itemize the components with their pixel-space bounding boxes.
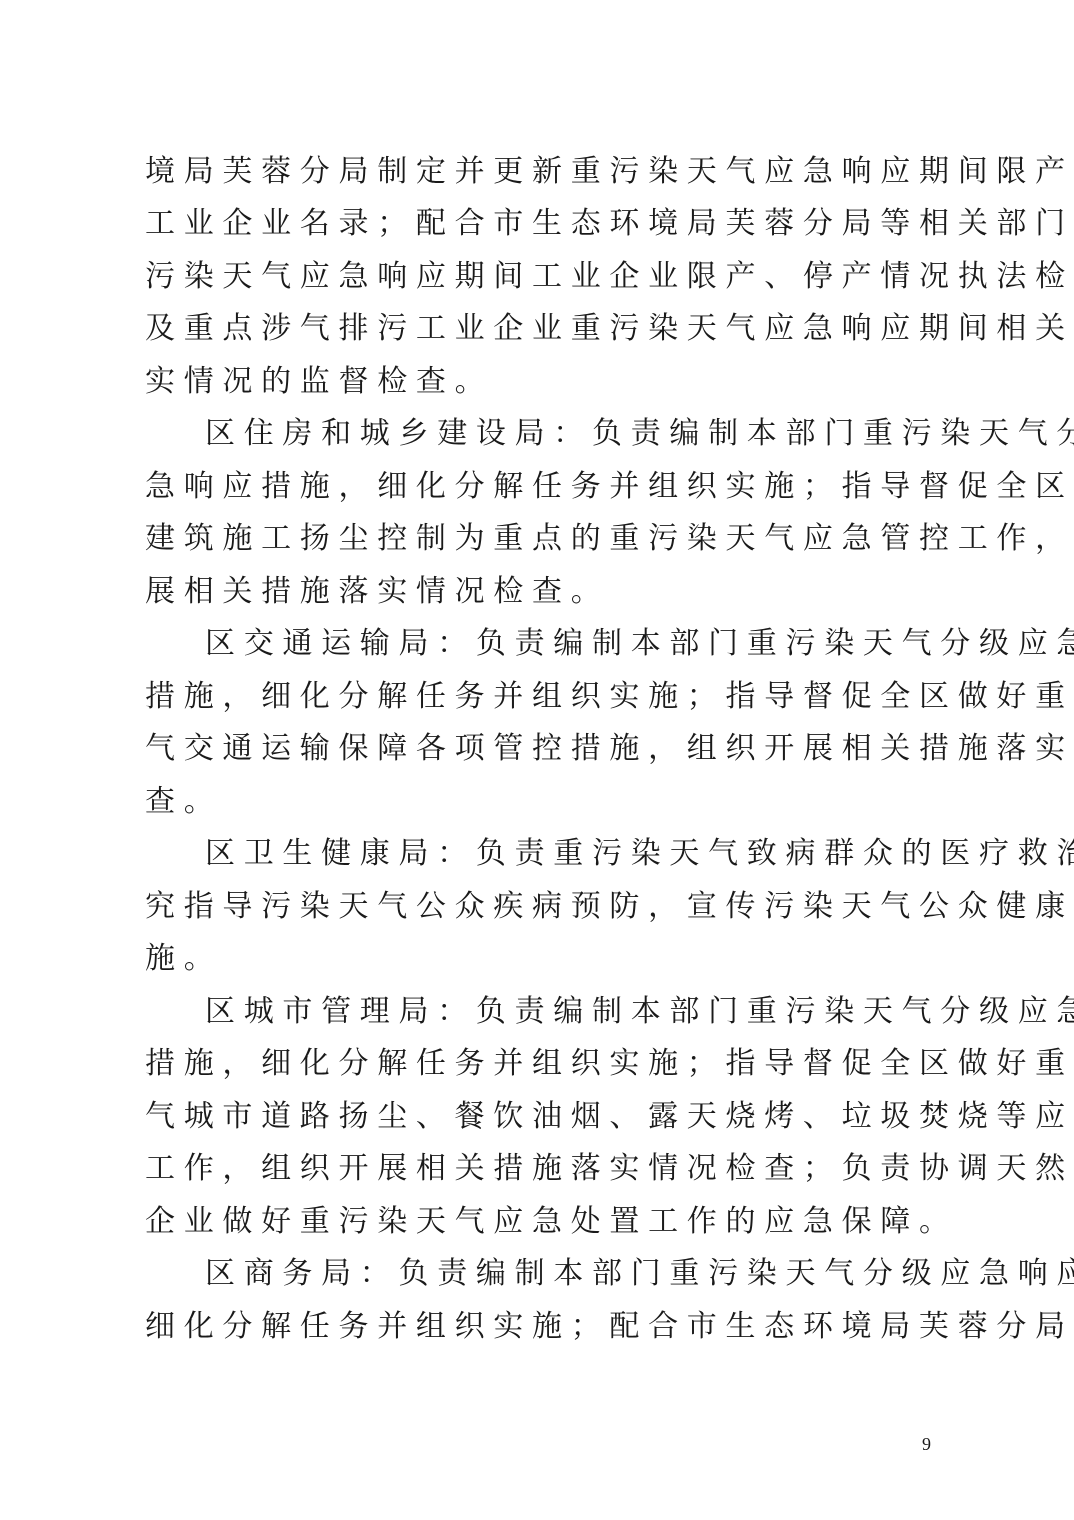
paragraph-line: 究指导污染天气公众疾病预防，宣传污染天气公众健康防护措 (145, 887, 945, 927)
paragraph-line: 工作，组织开展相关措施落实情况检查；负责协调天然气运营 (145, 1149, 945, 1189)
paragraph-line: 查。 (145, 782, 945, 822)
paragraph-first-line: 区商务局：负责编制本部门重污染天气分级应急响应措施， (205, 1254, 1005, 1294)
paragraph-line: 实情况的监督检查。 (145, 362, 945, 402)
paragraph-line: 气交通运输保障各项管控措施，组织开展相关措施落实情况检 (145, 729, 945, 769)
paragraph-line: 污染天气应急响应期间工业企业限产、停产情况执法检查，以 (145, 257, 945, 297)
paragraph-first-line: 区交通运输局：负责编制本部门重污染天气分级应急响应 (205, 624, 1005, 664)
paragraph-line: 施。 (145, 939, 945, 979)
paragraph-first-line: 区住房和城乡建设局：负责编制本部门重污染天气分级应 (205, 414, 1005, 454)
paragraph-first-line: 区卫生健康局：负责重污染天气致病群众的医疗救治，研 (205, 834, 1005, 874)
document-page: 境局芙蓉分局制定并更新重污染天气应急响应期间限产、停产 工业企业名录；配合市生态… (0, 0, 1074, 1520)
paragraph-line: 措施，细化分解任务并组织实施；指导督促全区做好重污染天 (145, 1044, 945, 1084)
paragraph-line: 企业做好重污染天气应急处置工作的应急保障。 (145, 1202, 945, 1242)
paragraph-line: 气城市道路扬尘、餐饮油烟、露天烧烤、垃圾焚烧等应急管控 (145, 1097, 945, 1137)
paragraph-line: 境局芙蓉分局制定并更新重污染天气应急响应期间限产、停产 (145, 152, 945, 192)
paragraph-line: 展相关措施落实情况检查。 (145, 572, 945, 612)
paragraph-line: 工业企业名录；配合市生态环境局芙蓉分局等相关部门开展重 (145, 204, 945, 244)
paragraph-line: 细化分解任务并组织实施；配合市生态环境局芙蓉分局对油气 (145, 1307, 945, 1347)
paragraph-line: 措施，细化分解任务并组织实施；指导督促全区做好重污染天 (145, 677, 945, 717)
paragraph-line: 建筑施工扬尘控制为重点的重污染天气应急管控工作，组织开 (145, 519, 945, 559)
paragraph-line: 及重点涉气排污工业企业重污染天气应急响应期间相关措施落 (145, 309, 945, 349)
page-number: 9 (922, 1434, 931, 1455)
paragraph-first-line: 区城市管理局：负责编制本部门重污染天气分级应急响应 (205, 992, 1005, 1032)
paragraph-line: 急响应措施，细化分解任务并组织实施；指导督促全区做好以 (145, 467, 945, 507)
